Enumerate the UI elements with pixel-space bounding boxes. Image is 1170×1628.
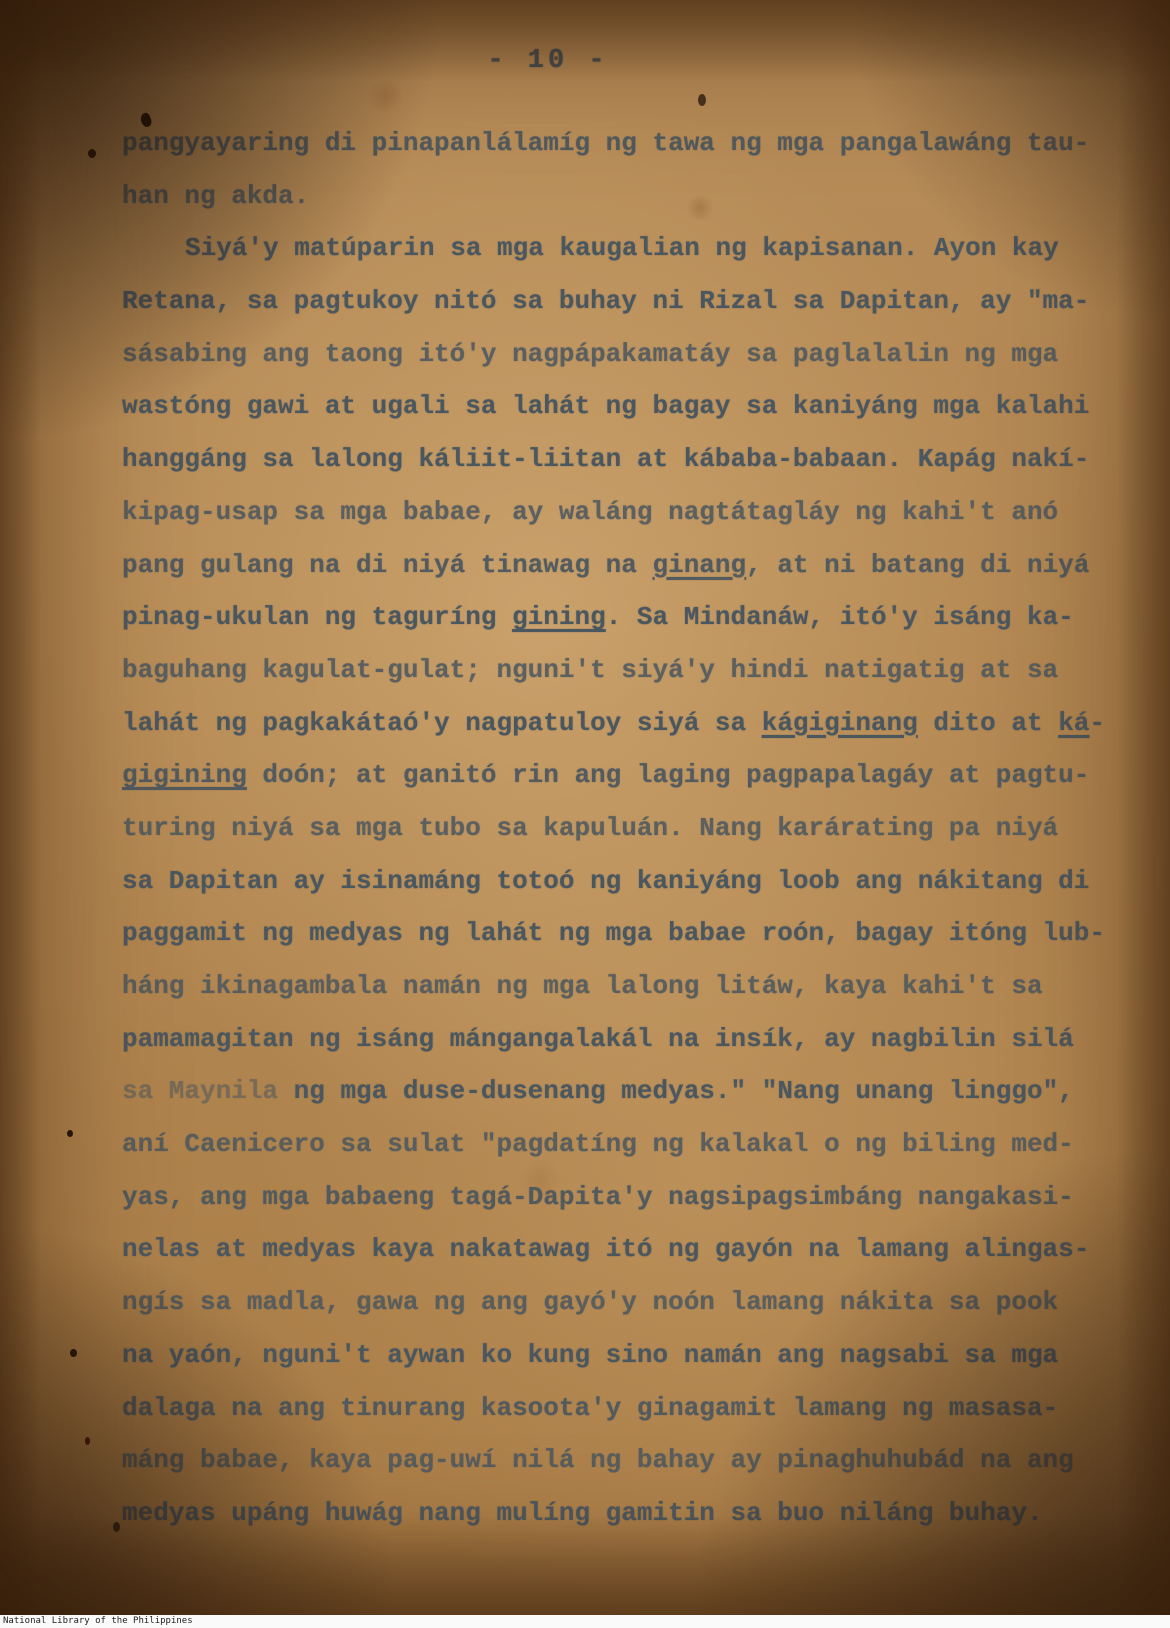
text-segment: doón; at ganitó rin ang laging pagpapala… bbox=[247, 760, 1090, 790]
text-line-13: gigining doón; at ganitó rin ang laging … bbox=[122, 749, 1122, 802]
text-segment: háng ikinagambala namán ng mga lalong li… bbox=[122, 971, 1043, 1001]
text-line-21: yas, ang mga babaeng tagá-Dapita'y nagsi… bbox=[122, 1171, 1122, 1224]
text-line-10: pinag-ukulan ng taguríng gining. Sa Mind… bbox=[122, 591, 1122, 644]
text-line-5: sásabing ang taong itó'y nagpápakamatáy … bbox=[122, 328, 1122, 381]
text-line-19: sa Maynila ng mga duse-dusenang medyas."… bbox=[122, 1065, 1122, 1118]
text-segment: paggamit ng medyas ng lahát ng mga babae… bbox=[122, 918, 1105, 948]
underlined-term: kágiginang bbox=[762, 708, 918, 738]
text-line-24: na yaón, nguni't aywan ko kung sino namá… bbox=[122, 1329, 1122, 1382]
text-segment: Siyá'y matúparin sa mga kaugalian ng kap… bbox=[185, 233, 1059, 263]
text-segment: han ng akda. bbox=[122, 181, 309, 211]
text-segment: sa Dapitan ay isinamáng totoó ng kaniyán… bbox=[122, 866, 1089, 896]
text-segment: turing niyá sa mga tubo sa kapuluán. Nan… bbox=[122, 813, 1058, 843]
text-segment: yas, ang mga babaeng tagá-Dapita'y nagsi… bbox=[122, 1182, 1074, 1212]
underlined-term: ginang bbox=[653, 550, 747, 580]
text-segment: pamamagitan ng isáng mángangalakál na in… bbox=[122, 1024, 1074, 1054]
text-line-25: dalaga na ang tinurang kasoota'y ginagam… bbox=[122, 1382, 1122, 1435]
ink-speck bbox=[85, 1437, 90, 1445]
typewritten-text: pangyayaring di pinapanlálamíg ng tawa n… bbox=[122, 117, 1122, 1540]
text-segment: máng babae, kaya pag-uwí nilá ng bahay a… bbox=[122, 1445, 1074, 1475]
text-segment: sásabing ang taong itó'y nagpápakamatáy … bbox=[122, 339, 1058, 369]
text-segment: kipag-usap sa mga babae, ay waláng nagtá… bbox=[122, 497, 1058, 527]
text-segment: dalaga na ang tinurang kasoota'y ginagam… bbox=[122, 1393, 1058, 1423]
text-line-22: nelas at medyas kaya nakatawag itó ng ga… bbox=[122, 1223, 1122, 1276]
text-segment: - bbox=[1089, 708, 1105, 738]
text-segment: dito at bbox=[918, 708, 1058, 738]
underlined-term: gining bbox=[512, 602, 606, 632]
text-segment: ng mga duse-dusenang medyas." "Nang unan… bbox=[294, 1076, 1074, 1106]
text-segment: wastóng gawi at ugali sa lahát ng bagay … bbox=[122, 391, 1089, 421]
text-line-17: háng ikinagambala namán ng mga lalong li… bbox=[122, 960, 1122, 1013]
text-line-7: hanggáng sa lalong káliit-liitan at kába… bbox=[122, 433, 1122, 486]
text-segment: medyas upáng huwág nang mulíng gamitin s… bbox=[122, 1498, 1043, 1528]
text-line-23: ngís sa madla, gawa ng ang gayó'y noón l… bbox=[122, 1276, 1122, 1329]
ink-speck bbox=[67, 1130, 73, 1137]
text-line-15: sa Dapitan ay isinamáng totoó ng kaniyán… bbox=[122, 855, 1122, 908]
text-segment: Retana, sa pagtukoy nitó sa buhay ni Riz… bbox=[122, 286, 1089, 316]
ink-speck bbox=[698, 94, 706, 106]
text-line-14: turing niyá sa mga tubo sa kapuluán. Nan… bbox=[122, 802, 1122, 855]
text-segment: pangyayaring di pinapanlálamíg ng tawa n… bbox=[122, 128, 1089, 158]
text-line-2: han ng akda. bbox=[122, 170, 1122, 223]
text-line-6: wastóng gawi at ugali sa lahát ng bagay … bbox=[122, 380, 1122, 433]
text-segment: , at ni batang di niyá bbox=[746, 550, 1089, 580]
text-line-20: aní Caenicero sa sulat "pagdatíng ng kal… bbox=[122, 1118, 1122, 1171]
text-segment: sa Maynila bbox=[122, 1076, 294, 1106]
footer-watermark-label: National Library of the Philippines bbox=[3, 1616, 193, 1626]
text-line-3: Siyá'y matúparin sa mga kaugalian ng kap… bbox=[122, 222, 1122, 275]
ink-speck bbox=[88, 149, 96, 158]
footer-watermark: National Library of the Philippines bbox=[0, 1615, 1170, 1628]
underlined-term: ká bbox=[1058, 708, 1089, 738]
text-line-1: pangyayaring di pinapanlálamíg ng tawa n… bbox=[122, 117, 1122, 170]
text-segment: ngís sa madla, gawa ng ang gayó'y noón l… bbox=[122, 1287, 1058, 1317]
text-line-9: pang gulang na di niyá tinawag na ginang… bbox=[122, 539, 1122, 592]
text-segment: na yaón, nguni't aywan ko kung sino namá… bbox=[122, 1340, 1058, 1370]
text-line-12: lahát ng pagkakátaó'y nagpatuloy siyá sa… bbox=[122, 697, 1122, 750]
page-number: - 10 - bbox=[0, 46, 1096, 76]
text-segment: aní Caenicero sa sulat "pagdatíng ng kal… bbox=[122, 1129, 1074, 1159]
underlined-term: gigining bbox=[122, 760, 247, 790]
text-line-26: máng babae, kaya pag-uwí nilá ng bahay a… bbox=[122, 1434, 1122, 1487]
text-segment: pang gulang na di niyá tinawag na bbox=[122, 550, 653, 580]
text-segment: hanggáng sa lalong káliit-liitan at kába… bbox=[122, 444, 1089, 474]
text-line-27: medyas upáng huwág nang mulíng gamitin s… bbox=[122, 1487, 1122, 1540]
text-line-18: pamamagitan ng isáng mángangalakál na in… bbox=[122, 1013, 1122, 1066]
text-segment: nelas at medyas kaya nakatawag itó ng ga… bbox=[122, 1234, 1089, 1264]
text-segment: . Sa Mindanáw, itó'y isáng ka- bbox=[606, 602, 1074, 632]
text-segment: baguhang kagulat-gulat; nguni't siyá'y h… bbox=[122, 655, 1058, 685]
scanned-page: - 10 - pangyayaring di pinapanlálamíg ng… bbox=[0, 0, 1170, 1628]
text-line-11: baguhang kagulat-gulat; nguni't siyá'y h… bbox=[122, 644, 1122, 697]
text-segment: lahát ng pagkakátaó'y nagpatuloy siyá sa bbox=[122, 708, 762, 738]
text-line-8: kipag-usap sa mga babae, ay waláng nagtá… bbox=[122, 486, 1122, 539]
text-segment: pinag-ukulan ng taguríng bbox=[122, 602, 512, 632]
ink-speck bbox=[113, 1522, 120, 1532]
ink-speck bbox=[70, 1349, 77, 1357]
text-line-16: paggamit ng medyas ng lahát ng mga babae… bbox=[122, 907, 1122, 960]
text-line-4: Retana, sa pagtukoy nitó sa buhay ni Riz… bbox=[122, 275, 1122, 328]
